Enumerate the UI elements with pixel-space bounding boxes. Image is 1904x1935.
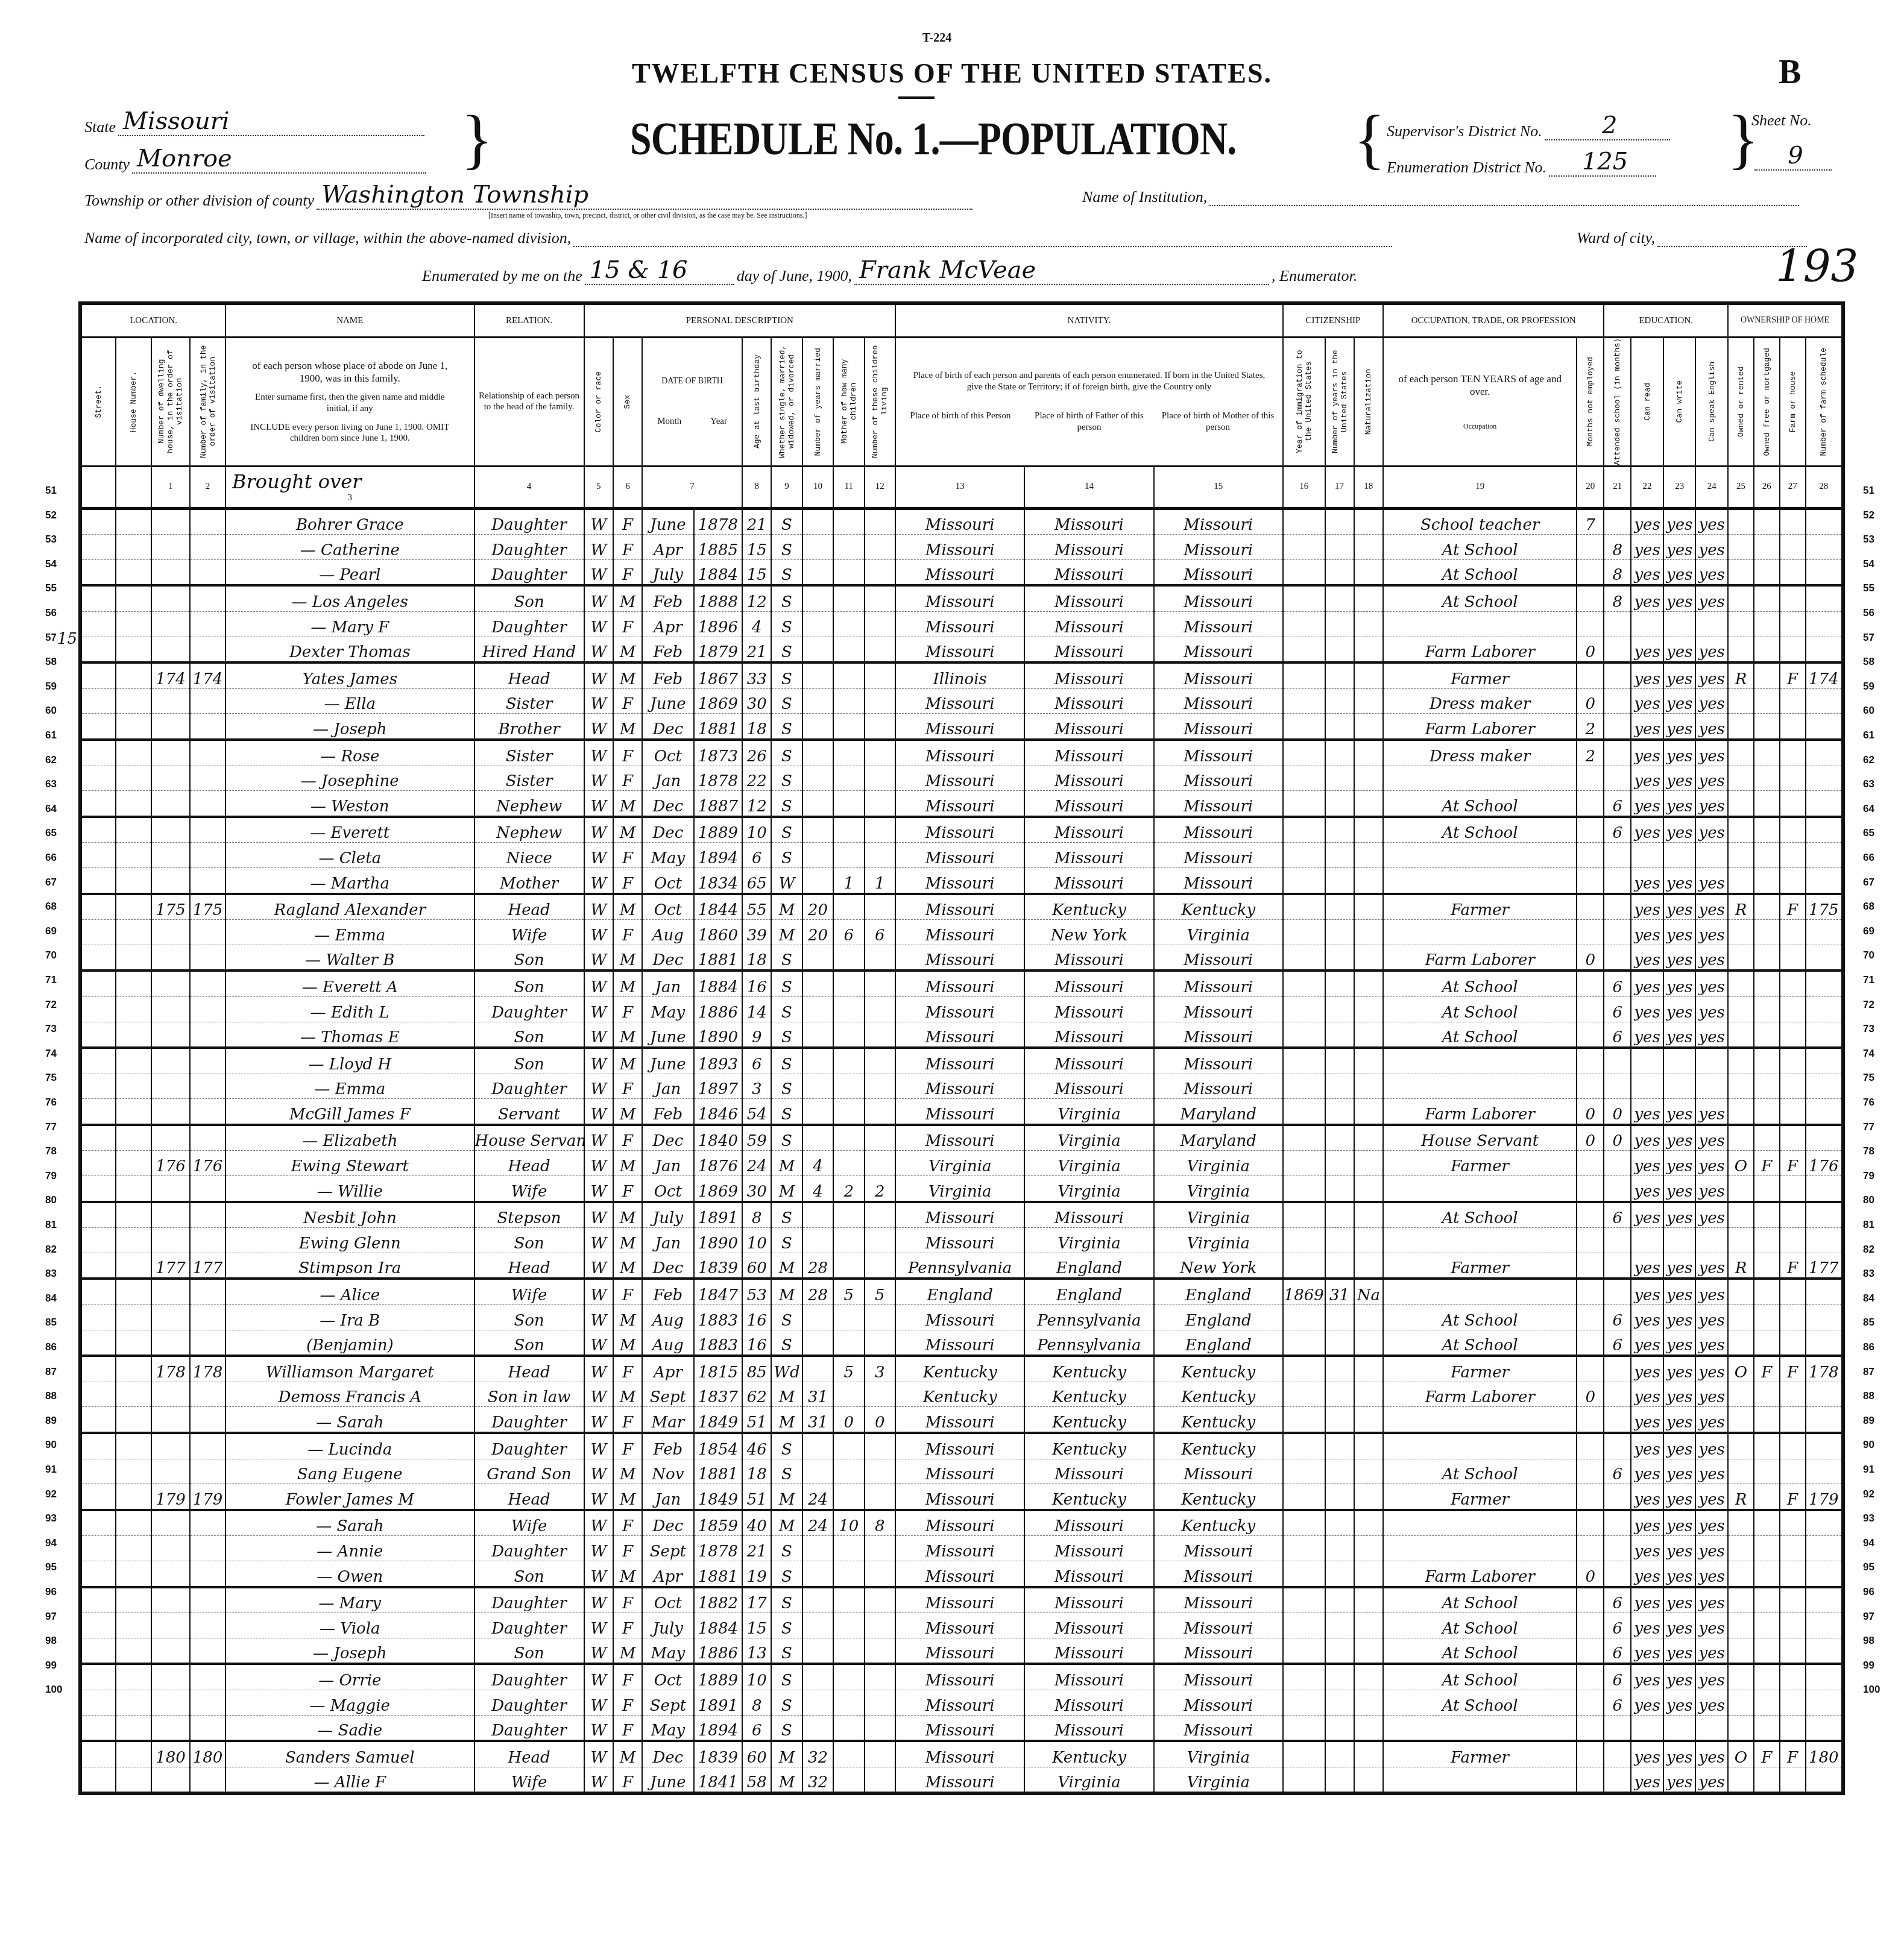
years-in-us [1325, 1022, 1354, 1048]
township-field: Township or other division of county Was… [84, 181, 972, 210]
birthplace-person: Missouri [895, 1459, 1024, 1484]
farm-house [1780, 1587, 1806, 1613]
street-cell [80, 508, 116, 535]
birth-month: Feb [642, 662, 694, 688]
years-in-us: 31 [1325, 1279, 1354, 1304]
occupation: Farm Laborer [1383, 1382, 1577, 1407]
house-number-cell [116, 1382, 151, 1407]
birthplace-mother: Missouri [1154, 766, 1283, 791]
birthplace-mother: Virginia [1154, 1767, 1283, 1793]
enumeration-district-value: 125 [1549, 148, 1656, 177]
owned-rented [1728, 867, 1754, 893]
dwelling-number [151, 637, 190, 662]
street-cell [80, 1151, 116, 1176]
person-name: Sanders Samuel [225, 1741, 474, 1767]
naturalization [1354, 1561, 1383, 1587]
color-race: W [584, 1690, 613, 1715]
years-married [802, 1587, 833, 1613]
street-cell [80, 1176, 116, 1202]
farm-house [1780, 1305, 1806, 1330]
line-number: 97 [1863, 1611, 1874, 1623]
farm-house [1780, 1125, 1806, 1151]
line-number: 100 [45, 1684, 62, 1696]
sex: M [613, 585, 642, 611]
line-number: 55 [45, 582, 57, 594]
birth-year: 1889 [694, 817, 742, 843]
years-married [802, 1638, 833, 1664]
street-cell [80, 1074, 116, 1099]
occupation: At School [1383, 1022, 1577, 1048]
months-not-employed [1577, 1510, 1604, 1536]
col-street: Street. [80, 338, 116, 467]
brought-over: Brought over [226, 470, 473, 493]
farm-schedule [1806, 1433, 1843, 1459]
person-name: — Everett A [225, 971, 474, 996]
sex: M [613, 1202, 642, 1228]
farm-schedule [1806, 1330, 1843, 1356]
birth-month: Apr [642, 535, 694, 560]
years-in-us [1325, 1561, 1354, 1587]
naturalization [1354, 945, 1383, 971]
line-number: 63 [1863, 778, 1874, 790]
dwelling-number [151, 1048, 190, 1074]
col-can-read: Can read [1631, 338, 1663, 467]
can-read [1631, 1228, 1663, 1253]
farm-schedule [1806, 1202, 1843, 1228]
birthplace-father: Pennsylvania [1024, 1330, 1153, 1356]
free-mortgaged [1754, 1484, 1780, 1510]
house-number-cell [116, 1228, 151, 1253]
can-read: yes [1631, 1690, 1663, 1715]
line-number: 72 [1863, 999, 1874, 1011]
line-number: 99 [1863, 1660, 1874, 1672]
occupation [1383, 867, 1577, 893]
months-not-employed [1577, 920, 1604, 945]
group-name: NAME [225, 303, 474, 338]
birth-year: 1844 [694, 894, 742, 920]
children-living [865, 1561, 896, 1587]
relationship: Nephew [474, 791, 584, 817]
family-number [190, 637, 225, 662]
years-in-us [1325, 1433, 1354, 1459]
table-row: 175175Ragland AlexanderHeadWMOct184455M2… [80, 894, 1843, 920]
house-number-cell [116, 585, 151, 611]
naturalization [1354, 1176, 1383, 1202]
farm-house [1780, 920, 1806, 945]
line-number: 92 [45, 1488, 57, 1500]
can-write: yes [1663, 714, 1696, 740]
naturalization [1354, 1715, 1383, 1741]
dwelling-number [151, 1690, 190, 1715]
years-in-us [1325, 662, 1354, 688]
street-cell [80, 1253, 116, 1279]
enumerated-prefix: Enumerated by me on the [422, 267, 582, 285]
line-number: 89 [1863, 1415, 1874, 1427]
naturalization [1354, 843, 1383, 868]
immigration-year [1283, 508, 1325, 535]
age: 18 [742, 1459, 771, 1484]
birthplace-mother: Missouri [1154, 996, 1283, 1022]
line-number: 53 [1863, 533, 1874, 546]
dwelling-number [151, 1407, 190, 1433]
free-mortgaged [1754, 1279, 1780, 1304]
street-cell [80, 1561, 116, 1587]
col-farm-schedule: Number of farm schedule [1806, 338, 1843, 467]
birthplace-person: Pennsylvania [895, 1253, 1024, 1279]
family-number [190, 1664, 225, 1690]
months-not-employed [1577, 1433, 1604, 1459]
sex: F [613, 1407, 642, 1433]
table-row: — LucindaDaughterWFFeb185446SMissouriKen… [80, 1433, 1843, 1459]
owned-rented [1728, 508, 1754, 535]
mother-of-children [833, 535, 864, 560]
immigration-year [1283, 766, 1325, 791]
enumerated-day: 15 & 16 [585, 256, 734, 285]
attended-school [1604, 867, 1631, 893]
birth-year: 1887 [694, 791, 742, 817]
can-write: yes [1663, 1484, 1696, 1510]
house-number-cell [116, 637, 151, 662]
house-number-cell [116, 1253, 151, 1279]
can-speak-english: yes [1695, 766, 1728, 791]
owned-rented [1728, 945, 1754, 971]
age: 13 [742, 1638, 771, 1664]
street-cell [80, 1228, 116, 1253]
street-cell [80, 662, 116, 688]
color-race: W [584, 662, 613, 688]
free-mortgaged [1754, 740, 1780, 766]
family-number: 178 [190, 1356, 225, 1382]
birthplace-person: Missouri [895, 791, 1024, 817]
col-birth-person: Place of birth of this Person [897, 411, 1024, 433]
farm-house [1780, 637, 1806, 662]
margin-note: 15 [57, 630, 77, 648]
line-number: 58 [45, 656, 57, 668]
years-married [802, 1664, 833, 1690]
naturalization [1354, 662, 1383, 688]
line-number: 61 [45, 729, 57, 741]
marital-status: S [771, 1536, 802, 1561]
occupation: Farmer [1383, 1356, 1577, 1382]
attended-school: 6 [1604, 1587, 1631, 1613]
birthplace-person: Missouri [895, 714, 1024, 740]
birthplace-father: Missouri [1024, 1048, 1153, 1074]
marital-status: M [771, 1382, 802, 1407]
street-cell [80, 559, 116, 585]
birth-month: Aug [642, 920, 694, 945]
birth-month: Apr [642, 612, 694, 637]
occupation [1383, 1279, 1577, 1304]
years-in-us [1325, 1459, 1354, 1484]
birthplace-father: Missouri [1024, 766, 1153, 791]
relationship: Wife [474, 1279, 584, 1304]
marital-status: S [771, 1459, 802, 1484]
street-cell [80, 1022, 116, 1048]
street-cell [80, 637, 116, 662]
years-married [802, 843, 833, 868]
farm-schedule [1806, 996, 1843, 1022]
occupation: At School [1383, 817, 1577, 843]
children-living [865, 585, 896, 611]
occupation: Farmer [1383, 1253, 1577, 1279]
relationship: Head [474, 1484, 584, 1510]
farm-house [1780, 1048, 1806, 1074]
col-nativity-desc: Place of birth of each person and parent… [895, 338, 1283, 467]
sex: M [613, 945, 642, 971]
birthplace-mother: Missouri [1154, 1587, 1283, 1613]
family-number [190, 1638, 225, 1664]
sex: M [613, 1459, 642, 1484]
marital-status: S [771, 1613, 802, 1638]
farm-house: F [1780, 1356, 1806, 1382]
can-speak-english: yes [1695, 1099, 1728, 1125]
birthplace-person: Missouri [895, 1613, 1024, 1638]
birthplace-person: Missouri [895, 585, 1024, 611]
can-write [1663, 1228, 1696, 1253]
birthplace-father: Missouri [1024, 791, 1153, 817]
table-row: — Los AngelesSonWMFeb188812SMissouriMiss… [80, 585, 1843, 611]
years-in-us [1325, 1690, 1354, 1715]
years-in-us [1325, 1305, 1354, 1330]
marital-status: S [771, 971, 802, 996]
relationship: Sister [474, 740, 584, 766]
birthplace-person: Missouri [895, 559, 1024, 585]
city-value [573, 222, 1392, 247]
owned-rented [1728, 1510, 1754, 1536]
immigration-year [1283, 1305, 1325, 1330]
birthplace-father: Virginia [1024, 1176, 1153, 1202]
owned-rented [1728, 1382, 1754, 1407]
birthplace-person: Missouri [895, 1330, 1024, 1356]
col-mother-of: Mother of how many children [833, 338, 864, 467]
relationship: Son [474, 1305, 584, 1330]
farm-schedule: 180 [1806, 1741, 1843, 1767]
house-number-cell [116, 740, 151, 766]
mother-of-children [833, 1715, 864, 1741]
birthplace-father: England [1024, 1253, 1153, 1279]
years-in-us [1325, 894, 1354, 920]
dwelling-number [151, 1587, 190, 1613]
house-number-cell [116, 945, 151, 971]
county-field: County Monroe [84, 145, 458, 174]
attended-school: 6 [1604, 1330, 1631, 1356]
years-married: 31 [802, 1407, 833, 1433]
age: 26 [742, 740, 771, 766]
street-cell [80, 971, 116, 996]
months-not-employed [1577, 971, 1604, 996]
can-speak-english: yes [1695, 945, 1728, 971]
color-race: W [584, 1561, 613, 1587]
mother-of-children [833, 508, 864, 535]
farm-house [1780, 740, 1806, 766]
years-married [802, 971, 833, 996]
months-not-employed: 0 [1577, 1561, 1604, 1587]
can-speak-english: yes [1695, 1561, 1728, 1587]
family-number [190, 971, 225, 996]
sex: M [613, 1099, 642, 1125]
farm-schedule [1806, 920, 1843, 945]
dwelling-number [151, 688, 190, 714]
birthplace-person: Missouri [895, 1664, 1024, 1690]
naturalization [1354, 688, 1383, 714]
birthplace-mother: Missouri [1154, 535, 1283, 560]
farm-schedule [1806, 1587, 1843, 1613]
can-write: yes [1663, 920, 1696, 945]
free-mortgaged [1754, 1228, 1780, 1253]
marital-status: S [771, 559, 802, 585]
line-number: 52 [45, 509, 57, 521]
dwelling-number [151, 1279, 190, 1304]
farm-house [1780, 1099, 1806, 1125]
owned-rented: R [1728, 1484, 1754, 1510]
relationship: Daughter [474, 535, 584, 560]
table-row: — Everett ASonWMJan188416SMissouriMissou… [80, 971, 1843, 996]
relationship: Daughter [474, 508, 584, 535]
family-number [190, 740, 225, 766]
birth-year: 1869 [694, 1176, 742, 1202]
owned-rented [1728, 843, 1754, 868]
age: 10 [742, 817, 771, 843]
relationship: Daughter [474, 1407, 584, 1433]
children-living [865, 1074, 896, 1099]
color-race: W [584, 1048, 613, 1074]
family-number [190, 766, 225, 791]
name-desc-1: of each person whose place of abode on J… [226, 359, 473, 385]
birthplace-father: Missouri [1024, 559, 1153, 585]
person-name: — Mary [225, 1587, 474, 1613]
birth-year: 1873 [694, 740, 742, 766]
line-number: 87 [1863, 1366, 1874, 1378]
birthplace-person: Missouri [895, 1228, 1024, 1253]
birthplace-person: Missouri [895, 817, 1024, 843]
free-mortgaged [1754, 996, 1780, 1022]
farm-schedule: 179 [1806, 1484, 1843, 1510]
dwelling-number [151, 791, 190, 817]
col-immigration-year: Year of immigration to the United States [1283, 338, 1325, 467]
birthplace-father: Missouri [1024, 1510, 1153, 1536]
table-row: — Edith LDaughterWFMay188614SMissouriMis… [80, 996, 1843, 1022]
age: 54 [742, 1099, 771, 1125]
line-number: 55 [1863, 582, 1874, 594]
marital-status: S [771, 585, 802, 611]
birthplace-mother: Virginia [1154, 1202, 1283, 1228]
immigration-year [1283, 894, 1325, 920]
occupation [1383, 1433, 1577, 1459]
line-number: 91 [45, 1464, 57, 1476]
can-read: yes [1631, 1613, 1663, 1638]
birthplace-mother: Missouri [1154, 585, 1283, 611]
can-speak-english: yes [1695, 740, 1728, 766]
free-mortgaged [1754, 843, 1780, 868]
can-speak-english: yes [1695, 1253, 1728, 1279]
color-race: W [584, 1074, 613, 1099]
birth-month: Oct [642, 1587, 694, 1613]
years-married: 24 [802, 1484, 833, 1510]
dwelling-number [151, 1305, 190, 1330]
line-number: 88 [1863, 1390, 1874, 1402]
street-cell [80, 843, 116, 868]
birthplace-person: Kentucky [895, 1356, 1024, 1382]
relationship: Son [474, 1638, 584, 1664]
relationship: Wife [474, 1510, 584, 1536]
owned-rented [1728, 817, 1754, 843]
can-speak-english: yes [1695, 920, 1728, 945]
table-row: — WestonNephewWMDec188712SMissouriMissou… [80, 791, 1843, 817]
can-read: yes [1631, 996, 1663, 1022]
can-read: yes [1631, 1664, 1663, 1690]
farm-schedule [1806, 1279, 1843, 1304]
sex: M [613, 1741, 642, 1767]
can-speak-english: yes [1695, 817, 1728, 843]
farm-house [1780, 791, 1806, 817]
birthplace-person: Missouri [895, 996, 1024, 1022]
birthplace-father: Kentucky [1024, 1407, 1153, 1433]
immigration-year [1283, 662, 1325, 688]
table-row: — MaggieDaughterWFSept18918SMissouriMiss… [80, 1690, 1843, 1715]
years-married: 20 [802, 894, 833, 920]
owned-rented [1728, 996, 1754, 1022]
sex: F [613, 1074, 642, 1099]
free-mortgaged [1754, 791, 1780, 817]
sex: F [613, 1510, 642, 1536]
farm-schedule [1806, 688, 1843, 714]
color-race: W [584, 559, 613, 585]
line-number: 63 [45, 778, 57, 790]
col-can-write: Can write [1663, 338, 1696, 467]
house-number-cell [116, 1048, 151, 1074]
naturalization [1354, 1022, 1383, 1048]
attended-school [1604, 1279, 1631, 1304]
group-nativity: NATIVITY. [895, 303, 1283, 338]
family-number [190, 843, 225, 868]
person-name: — Allie F [225, 1767, 474, 1793]
col-naturalization: Naturalization [1354, 338, 1383, 467]
birth-year: 1891 [694, 1690, 742, 1715]
immigration-year [1283, 1459, 1325, 1484]
color-race: W [584, 1202, 613, 1228]
relationship: Son [474, 1048, 584, 1074]
birthplace-mother: Missouri [1154, 867, 1283, 893]
owned-rented [1728, 1433, 1754, 1459]
can-read: yes [1631, 1587, 1663, 1613]
owned-rented [1728, 740, 1754, 766]
person-name: — Mary F [225, 612, 474, 637]
farm-house [1780, 559, 1806, 585]
age: 46 [742, 1433, 771, 1459]
farm-schedule [1806, 1382, 1843, 1407]
birthplace-father: Missouri [1024, 1561, 1153, 1587]
years-married [802, 1125, 833, 1151]
name-desc-2: Enter surname first, then the given name… [226, 392, 473, 415]
marital-status: M [771, 1484, 802, 1510]
can-speak-english: yes [1695, 791, 1728, 817]
immigration-year [1283, 714, 1325, 740]
owned-rented: R [1728, 1253, 1754, 1279]
street-cell [80, 585, 116, 611]
birthplace-father: New York [1024, 920, 1153, 945]
attended-school: 6 [1604, 1022, 1631, 1048]
birth-month: Jan [642, 1228, 694, 1253]
years-married [802, 1561, 833, 1587]
birthplace-person: Missouri [895, 1715, 1024, 1741]
marital-status: S [771, 817, 802, 843]
birth-year: 1882 [694, 1587, 742, 1613]
street-cell [80, 1767, 116, 1793]
line-number: 74 [1863, 1048, 1874, 1060]
birth-month: June [642, 1022, 694, 1048]
color-race: W [584, 791, 613, 817]
attended-school [1604, 688, 1631, 714]
